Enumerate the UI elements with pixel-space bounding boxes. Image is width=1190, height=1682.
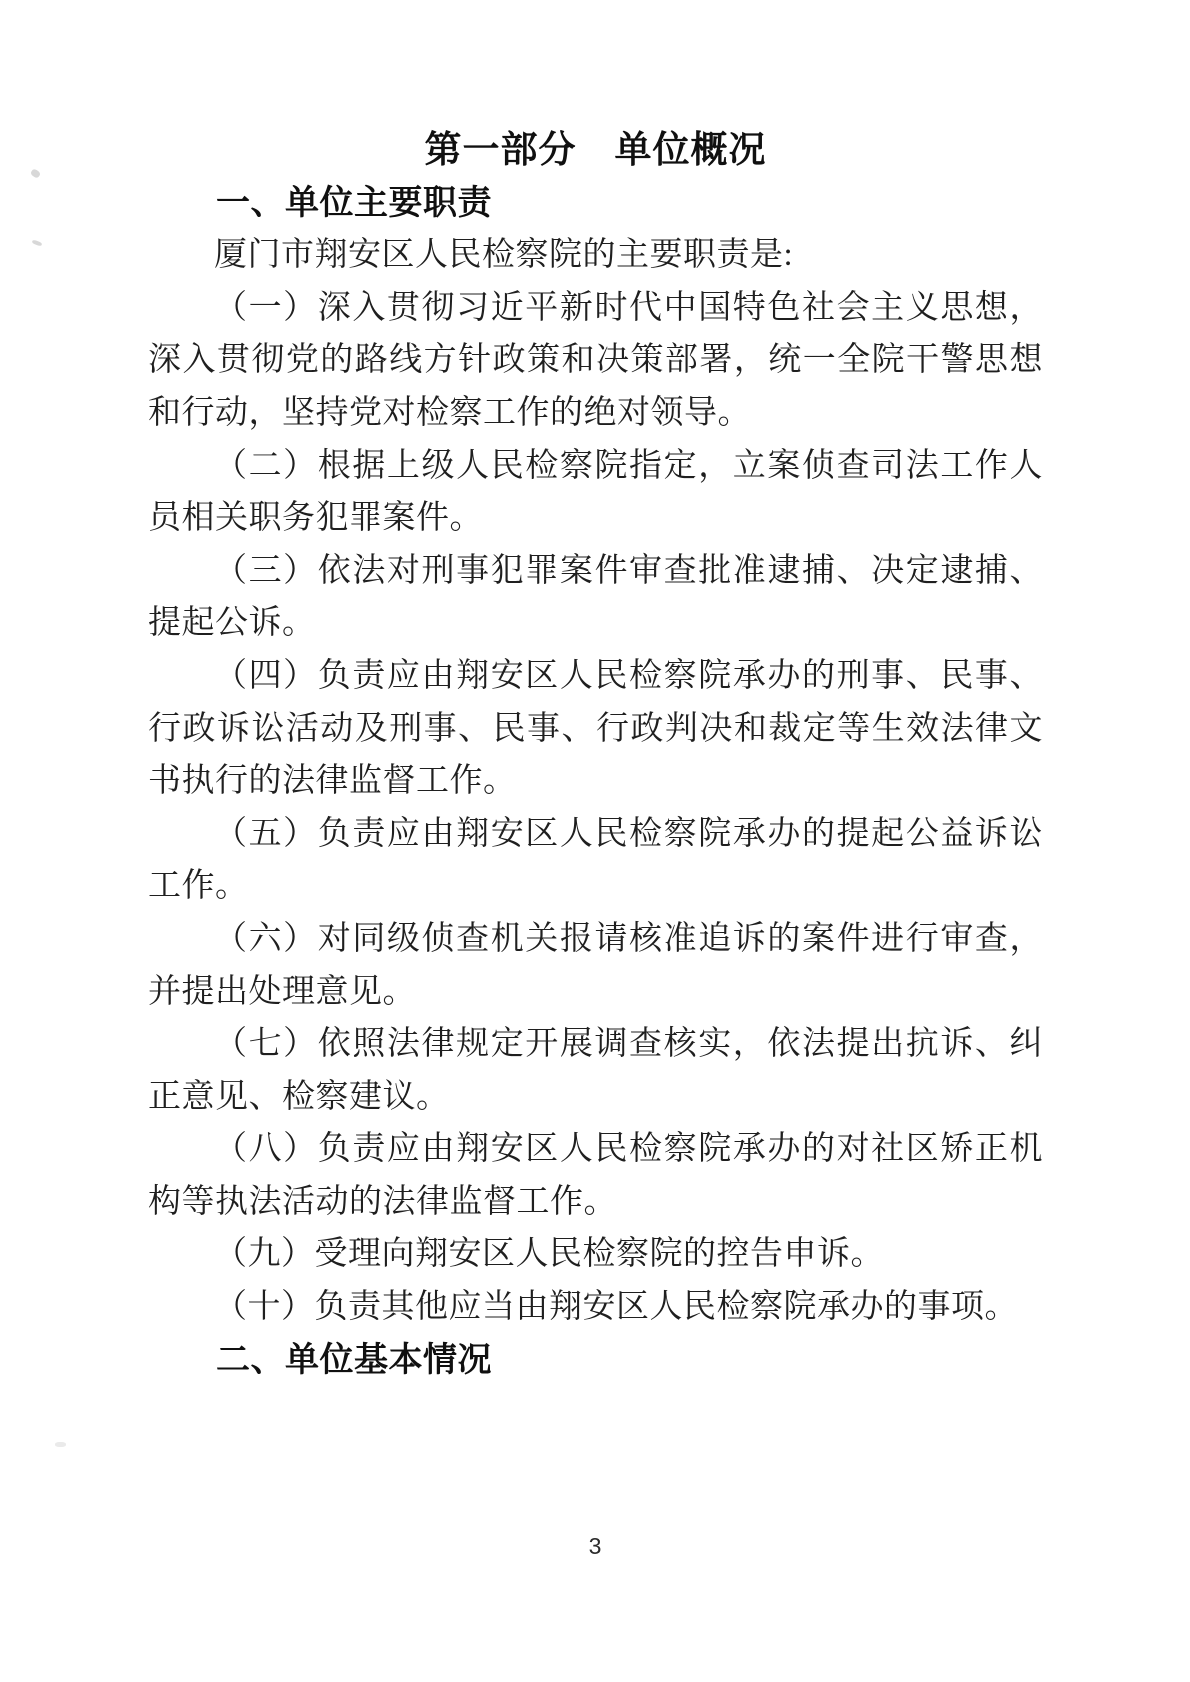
paragraph-intro: 厦门市翔安区人民检察院的主要职责是: [148,229,1043,282]
paragraph-duty-1: （一）深入贯彻习近平新时代中国特色社会主义思想，深入贯彻党的路线方针政策和决策部… [148,282,1043,440]
document-content: 第一部分 单位概况 一、单位主要职责 厦门市翔安区人民检察院的主要职责是: （一… [148,0,1043,1386]
page-footer: 3 [0,1533,1190,1560]
section-heading-basic-info: 二、单位基本情况 [148,1334,1043,1387]
paragraph-duty-6: （六）对同级侦查机关报请核准追诉的案件进行审查，并提出处理意见。 [148,913,1043,1018]
page-title: 第一部分 单位概况 [148,124,1043,177]
page-number: 3 [589,1533,602,1559]
paragraph-duty-7: （七）依照法律规定开展调查核实，依法提出抗诉、纠正意见、检察建议。 [148,1018,1043,1123]
paragraph-duty-8: （八）负责应由翔安区人民检察院承办的对社区矫正机构等执法活动的法律监督工作。 [148,1123,1043,1228]
paragraph-duty-4: （四）负责应由翔安区人民检察院承办的刑事、民事、行政诉讼活动及刑事、民事、行政判… [148,650,1043,808]
paragraph-duty-10: （十）负责其他应当由翔安区人民检察院承办的事项。 [148,1281,1043,1334]
paragraph-duty-3: （三）依法对刑事犯罪案件审查批准逮捕、决定逮捕、提起公诉。 [148,545,1043,650]
scan-speck [30,168,41,179]
scan-speck [32,239,43,246]
section-heading-main-duties: 一、单位主要职责 [148,177,1043,230]
document-page: 第一部分 单位概况 一、单位主要职责 厦门市翔安区人民检察院的主要职责是: （一… [0,0,1190,1682]
paragraph-duty-2: （二）根据上级人民检察院指定，立案侦查司法工作人员相关职务犯罪案件。 [148,440,1043,545]
scan-speck [55,1442,66,1447]
paragraph-duty-5: （五）负责应由翔安区人民检察院承办的提起公益诉讼工作。 [148,808,1043,913]
paragraph-duty-9: （九）受理向翔安区人民检察院的控告申诉。 [148,1228,1043,1281]
